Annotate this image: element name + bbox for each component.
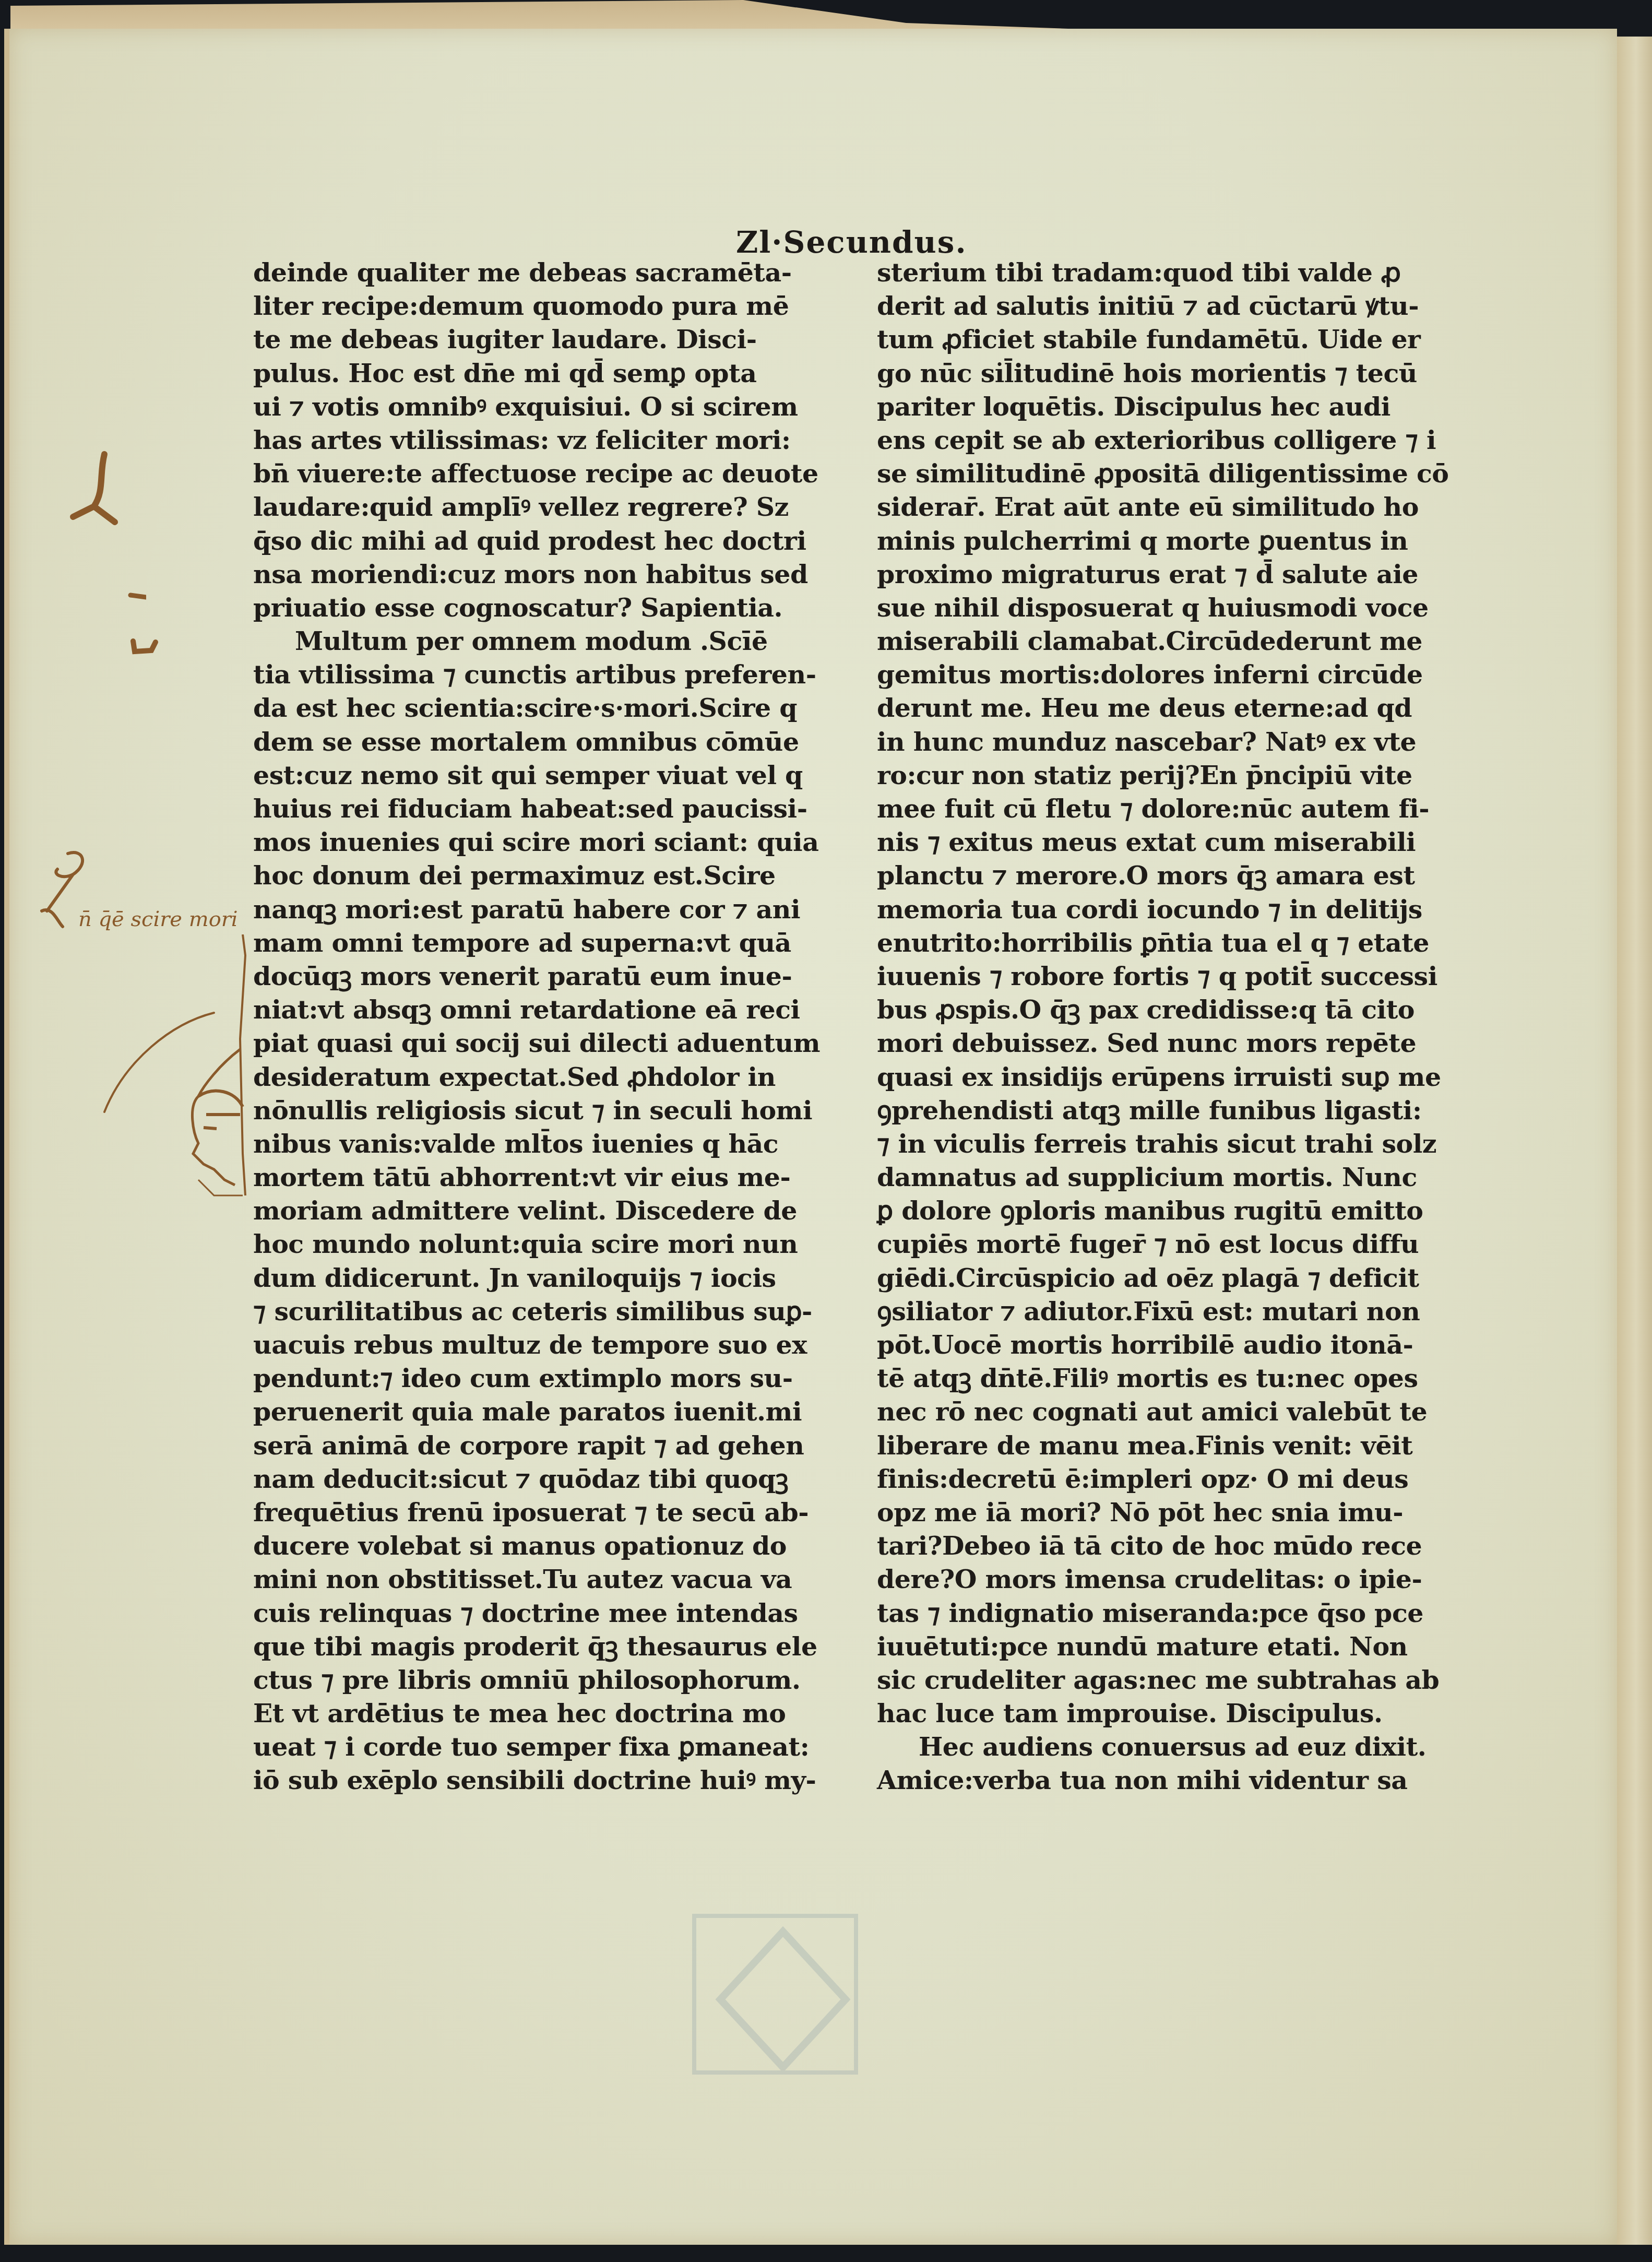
text-line: deinde qualiter me debeas sacramēta- bbox=[253, 256, 833, 289]
text-line: dere?O mors imensa crudelitas: o ipie- bbox=[877, 1562, 1456, 1596]
text-line: se similitudinē ꝓpositā diligentissime c… bbox=[877, 457, 1456, 490]
text-line: peruenerit quia male paratos iuenit.mi bbox=[253, 1395, 833, 1428]
text-line: mee fuit cū fletu ⁊ dolore:nūc autem fi- bbox=[877, 792, 1456, 825]
text-line: ꝑ dolore ꝯploris manibus rugitū emitto bbox=[877, 1194, 1456, 1227]
text-line: ⁊ scurilitatibus ac ceteris similibus su… bbox=[253, 1295, 833, 1328]
text-line: pendunt:⁊ ideo cum extimplo mors su- bbox=[253, 1361, 833, 1395]
text-line: que tibi magis proderit q̄ꝫ thesaurus el… bbox=[253, 1630, 833, 1663]
text-line: frequētius frenū iposuerat ⁊ te secū ab- bbox=[253, 1496, 833, 1529]
ink-flourish-icon bbox=[63, 449, 146, 626]
text-column-left: deinde qualiter me debeas sacramēta-lite… bbox=[253, 256, 833, 1797]
text-line: bus ꝓspis.O q̄ꝫ pax credidisse:q tā cito bbox=[877, 993, 1456, 1026]
text-line: mori debuissez. Sed nunc mors repēte bbox=[877, 1026, 1456, 1060]
text-line: proximo migraturus erat ⁊ d̄ salute aie bbox=[877, 558, 1456, 591]
text-line: q̄so dic mihi ad quid prodest hec doctri bbox=[253, 524, 833, 558]
text-line: mam omni tempore ad superna:vt quā bbox=[253, 926, 833, 960]
text-line: damnatus ad supplicium mortis. Nunc bbox=[877, 1160, 1456, 1194]
text-line: est:cuz nemo sit qui semper viuat vel q bbox=[253, 759, 833, 792]
text-line: piat quasi qui socij sui dilecti aduentu… bbox=[253, 1026, 833, 1060]
text-line: ctus ⁊ pre libris omniū philosophorum. bbox=[253, 1663, 833, 1697]
text-line: ꝯsiliator ⁊ adiutor.Fixū est: mutari non bbox=[877, 1295, 1456, 1328]
marginal-note: n̄ q̄ē scire mori bbox=[78, 907, 238, 931]
text-line: bn̄ viuere:te affectuose recipe ac deuot… bbox=[253, 457, 833, 490]
hand-drawn-head-profile-icon bbox=[94, 934, 261, 1216]
text-line: giēdi.Circūspicio ad oēz plagā ⁊ deficit bbox=[877, 1261, 1456, 1295]
text-line: memoria tua cordi iocundo ⁊ in delitijs bbox=[877, 893, 1456, 926]
text-column-right: sterium tibi tradam:quod tibi valde ꝓder… bbox=[877, 256, 1456, 1797]
text-line: pariter loquētis. Discipulus hec audi bbox=[877, 390, 1456, 423]
text-line: huius rei fiduciam habeat:sed paucissi- bbox=[253, 792, 833, 825]
text-line: Multum per omnem modum .Scīē bbox=[253, 624, 833, 658]
text-line: nanqꝫ mori:est paratū habere cor ⁊ ani bbox=[253, 893, 833, 926]
text-line: gemitus mortis:dolores inferni circūde bbox=[877, 658, 1456, 691]
text-line: sue nihil disposuerat q huiusmodi voce bbox=[877, 591, 1456, 624]
text-line: siderar̄. Erat aūt ante eū similitudo ho bbox=[877, 490, 1456, 524]
scan-background bbox=[0, 2245, 1652, 2262]
text-line: opz me iā mori? Nō pōt hec snia imu- bbox=[877, 1496, 1456, 1529]
text-line: tas ⁊ indignatio miseranda:pce q̄so pce bbox=[877, 1596, 1456, 1630]
text-line: mini non obstitisset.Tu autez vacua va bbox=[253, 1562, 833, 1596]
text-line: hoc donum dei permaximuz est.Scire bbox=[253, 859, 833, 892]
text-line: ueat ⁊ i corde tuo semper fixa ꝑmaneat: bbox=[253, 1730, 833, 1763]
text-line: docūqꝫ mors venerit paratū eum inue- bbox=[253, 960, 833, 993]
text-line: ens cepit se ab exterioribus colligere ⁊… bbox=[877, 423, 1456, 457]
text-line: liberare de manu mea.Finis venit: vēit bbox=[877, 1429, 1456, 1462]
text-line: in hunc munduz nascebar? Natꝰ ex vte bbox=[877, 725, 1456, 759]
marginal-tick-icon bbox=[130, 637, 162, 658]
text-line: iō sub exēplo sensibili doctrine huiꝰ my… bbox=[253, 1763, 833, 1797]
text-line: Amice:verba tua non mihi videntur sa bbox=[877, 1763, 1456, 1797]
text-line: tia vtilissima ⁊ cunctis artibus prefere… bbox=[253, 658, 833, 691]
text-line: tum ꝓficiet stabile fundamētū. Uide er bbox=[877, 323, 1456, 356]
text-line: hac luce tam improuise. Discipulus. bbox=[877, 1697, 1456, 1730]
text-line: iuuētuti:pce nundū mature etati. Non bbox=[877, 1630, 1456, 1663]
text-line: pōt.Uocē mortis horribilē audio itonā- bbox=[877, 1328, 1456, 1361]
text-line: moriam admittere velint. Discedere de bbox=[253, 1194, 833, 1227]
text-line: uacuis rebus multuz de tempore suo ex bbox=[253, 1328, 833, 1361]
text-line: tē atqꝫ dn̄tē.Filiꝰ mortis es tu:nec ope… bbox=[877, 1361, 1456, 1395]
text-line: planctu ⁊ merore.O mors q̄ꝫ amara est bbox=[877, 859, 1456, 892]
text-line: nis ⁊ exitus meus extat cum miserabili bbox=[877, 825, 1456, 859]
text-line: hoc mundo nolunt:quia scire mori nun bbox=[253, 1227, 833, 1261]
text-line: priuatio esse cognoscatur? Sapientia. bbox=[253, 591, 833, 624]
text-line: ui ⁊ votis omnibꝰ exquisiui. O si scirem bbox=[253, 390, 833, 423]
text-line: te me debeas iugiter laudare. Disci- bbox=[253, 323, 833, 356]
text-line: Hec audiens conuersus ad euz dixit. bbox=[877, 1730, 1456, 1763]
text-line: nibus vanis:valde mlt̄os iuenies q hāc bbox=[253, 1127, 833, 1160]
text-line: pulus. Hoc est dn̄e mi qd̄ semꝑ opta bbox=[253, 357, 833, 390]
text-line: cupiēs mortē fuger̄ ⁊ nō est locus diffu bbox=[877, 1227, 1456, 1261]
text-line: serā animā de corpore rapit ⁊ ad gehen bbox=[253, 1429, 833, 1462]
text-line: da est hec scientia:scire·s·mori.Scire q bbox=[253, 691, 833, 725]
text-line: ducere volebat si manus opationuz do bbox=[253, 1529, 833, 1562]
text-line: niat:vt absqꝫ omni retardatione eā reci bbox=[253, 993, 833, 1026]
text-line: sterium tibi tradam:quod tibi valde ꝓ bbox=[877, 256, 1456, 289]
running-head: Zl·Secundus. bbox=[736, 224, 967, 260]
text-line: go nūc si̇l̄itudinē hois morientis ⁊ tec… bbox=[877, 357, 1456, 390]
text-line: sic crudeliter agas:nec me subtrahas ab bbox=[877, 1663, 1456, 1697]
text-line: ꝯprehendisti atqꝫ mille funibus ligasti: bbox=[877, 1094, 1456, 1127]
text-line: mos inuenies qui scire mori sciant: quia bbox=[253, 825, 833, 859]
text-line: ro:cur non statiz perij?En p̄ncipiū vite bbox=[877, 759, 1456, 792]
text-line: mortem tātū abhorrent:vt vir eius me- bbox=[253, 1160, 833, 1194]
text-line: nam deducit:sicut ⁊ quōdaz tibi quoqꝫ bbox=[253, 1462, 833, 1496]
text-line: enutrito:horribilis ꝑn̄tia tua el q ⁊ et… bbox=[877, 926, 1456, 960]
text-line: dum didicerunt. Jn vaniloquijs ⁊ iocis bbox=[253, 1261, 833, 1295]
text-line: quasi ex insidijs erūpens irruisti suꝑ m… bbox=[877, 1060, 1456, 1094]
text-line: derit ad salutis initiū ⁊ ad cūctarū ꝟtu… bbox=[877, 289, 1456, 323]
text-line: laudare:quid amplīꝰ vellez regrere? Sz bbox=[253, 490, 833, 524]
next-leaf-edge bbox=[1612, 37, 1652, 2245]
text-line: derunt me. Heu me deus eterne:ad qd bbox=[877, 691, 1456, 725]
text-line: desideratum expectat.Sed ꝓhdolor in bbox=[253, 1060, 833, 1094]
show-through-ornament-icon bbox=[689, 1900, 877, 2099]
text-line: liter recipe:demum quomodo pura mē bbox=[253, 289, 833, 323]
text-line: dem se esse mortalem omnibus cōmūe bbox=[253, 725, 833, 759]
text-line: Et vt ardētius te mea hec doctrina mo bbox=[253, 1697, 833, 1730]
text-line: cuis relinquas ⁊ doctrine mee intendas bbox=[253, 1596, 833, 1630]
text-line: iuuenis ⁊ robore fortis ⁊ q potit̄ succe… bbox=[877, 960, 1456, 993]
text-line: nec rō nec cognati aut amici valebūt te bbox=[877, 1395, 1456, 1428]
text-line: miserabili clamabat.Circūdederunt me bbox=[877, 624, 1456, 658]
text-line: has artes vtilissimas: vz feliciter mori… bbox=[253, 423, 833, 457]
text-line: ⁊ in viculis ferreis trahis sicut trahi … bbox=[877, 1127, 1456, 1160]
text-line: finis:decretū ē:impleri opz· O mi deus bbox=[877, 1462, 1456, 1496]
text-line: tari?Debeo iā tā cito de hoc mūdo rece bbox=[877, 1529, 1456, 1562]
text-line: minis pulcherrimi q morte ꝑuentus in bbox=[877, 524, 1456, 558]
text-line: nsa moriendi:cuz mors non habitus sed bbox=[253, 558, 833, 591]
text-line: nōnullis religiosis sicut ⁊ in seculi ho… bbox=[253, 1094, 833, 1127]
